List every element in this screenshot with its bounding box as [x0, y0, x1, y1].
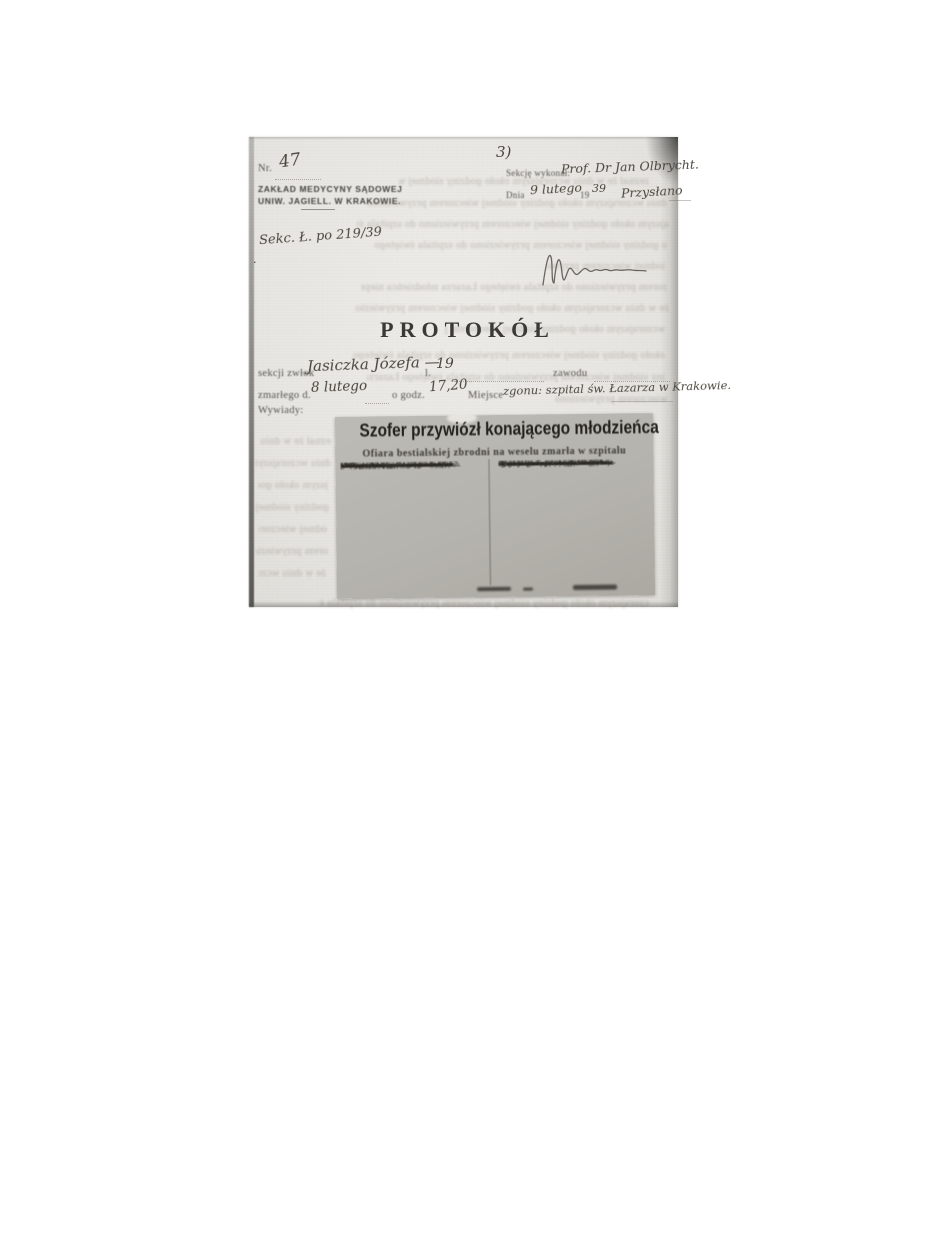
nr-value-handwritten: 47	[278, 150, 302, 173]
form-line2-label1: zmarłego d.	[258, 390, 311, 401]
date-value-handwritten: 9 lutego	[530, 180, 583, 198]
next-headline-smudge	[477, 587, 511, 591]
page: zeznał że w dniu wczorajszym około godzi…	[0, 0, 935, 1233]
paper-corner-shadow	[646, 137, 678, 185]
form-line3-label: Wywiady:	[258, 405, 304, 416]
ghost-bleed-line: że w dniu wczorajszym około godziny siód…	[258, 569, 326, 579]
page-number-handwritten: 3)	[496, 143, 511, 161]
form-line2-ruling	[365, 402, 389, 404]
ghost-bleed-line: ódmej wieczorem przywieziono do szpitala…	[259, 525, 327, 535]
document-scan: zeznał że w dniu wczorajszym około godzi…	[249, 137, 678, 607]
clipping-headline-row: Szofer przywiózł konającego młodzieńca	[335, 417, 653, 442]
paper-edge-right	[660, 137, 678, 607]
clipping-columns: Kraków, 9 lutego. Do jednego ze szpitali…	[340, 457, 650, 587]
ghost-bleed-line: jszym około godziny siódmej wieczorem pr…	[258, 481, 328, 491]
form-line2-label2: o godz.	[392, 390, 425, 401]
clipping-headline: Szofer przywiózł konającego młodzieńca	[359, 417, 659, 442]
next-headline-smudge	[523, 588, 533, 591]
form-line1-label1: sekcji zwłok	[258, 368, 314, 379]
form-line1-label2: l.	[425, 368, 431, 379]
newspaper-clipping: Szofer przywiózł konającego młodzieńca O…	[335, 413, 655, 599]
ghost-bleed-line: że w dniu wczorajszym około godziny siód…	[355, 304, 669, 314]
ghost-bleed-line: godziny siódmej wieczorem przywieziono d…	[255, 503, 329, 513]
next-headline-smudge	[573, 585, 617, 591]
newsprint-line: karskiej nie udało się go uratować.	[340, 460, 446, 470]
ghost-bleed-line: dniu wczorajszym około godziny siódmej w…	[255, 459, 331, 469]
year-value-handwritten: 39	[592, 182, 606, 195]
form-line1-value2-handwritten: 19	[436, 356, 454, 372]
stamp-line-1: ZAKŁAD MEDYCYNY SĄDOWEJ	[258, 183, 402, 195]
nr-ruling	[275, 178, 321, 180]
paper-edge-left	[249, 137, 254, 607]
protocol-title: PROTOKÓŁ	[249, 317, 678, 343]
ghost-bleed-line: wieczorem przywieziono do szpitala święt…	[555, 395, 667, 405]
paper-edge-bottom	[249, 601, 678, 607]
form-line2-value1-handwritten: 8 lutego	[311, 378, 368, 396]
newsprint-line: lem wykrycia sprawców zbrodni.	[498, 458, 599, 468]
ghost-bleed-line: ajszym około godziny siódmej wieczorem p…	[357, 220, 669, 230]
stamp-line-2: UNIW. JAGIELL. W KRAKOWIE.	[258, 195, 402, 207]
form-line2-label3: Miejsce	[468, 390, 503, 401]
ghost-bleed-line: zeznał że w dniu wczorajszym około godzi…	[399, 177, 649, 187]
date-label: Dnia	[506, 190, 525, 200]
nr-label: Nr.	[258, 163, 272, 174]
paper-edge-top	[249, 137, 678, 140]
ghost-bleed-line: orem przywieziono do szpitala świętego Ł…	[256, 547, 328, 557]
form-line2-value2-handwritten: 17,20	[428, 377, 468, 396]
stamp-underline	[301, 209, 335, 210]
ghost-bleed-line: eznał że w dniu wczorajszym około godzin…	[257, 437, 331, 447]
form-line1-label3: zawodu	[553, 368, 587, 379]
institution-stamp: ZAKŁAD MEDYCYNY SĄDOWEJ UNIW. JAGIELL. W…	[258, 183, 402, 207]
signature-scribble	[537, 241, 657, 293]
year-printed: 19	[580, 190, 590, 200]
